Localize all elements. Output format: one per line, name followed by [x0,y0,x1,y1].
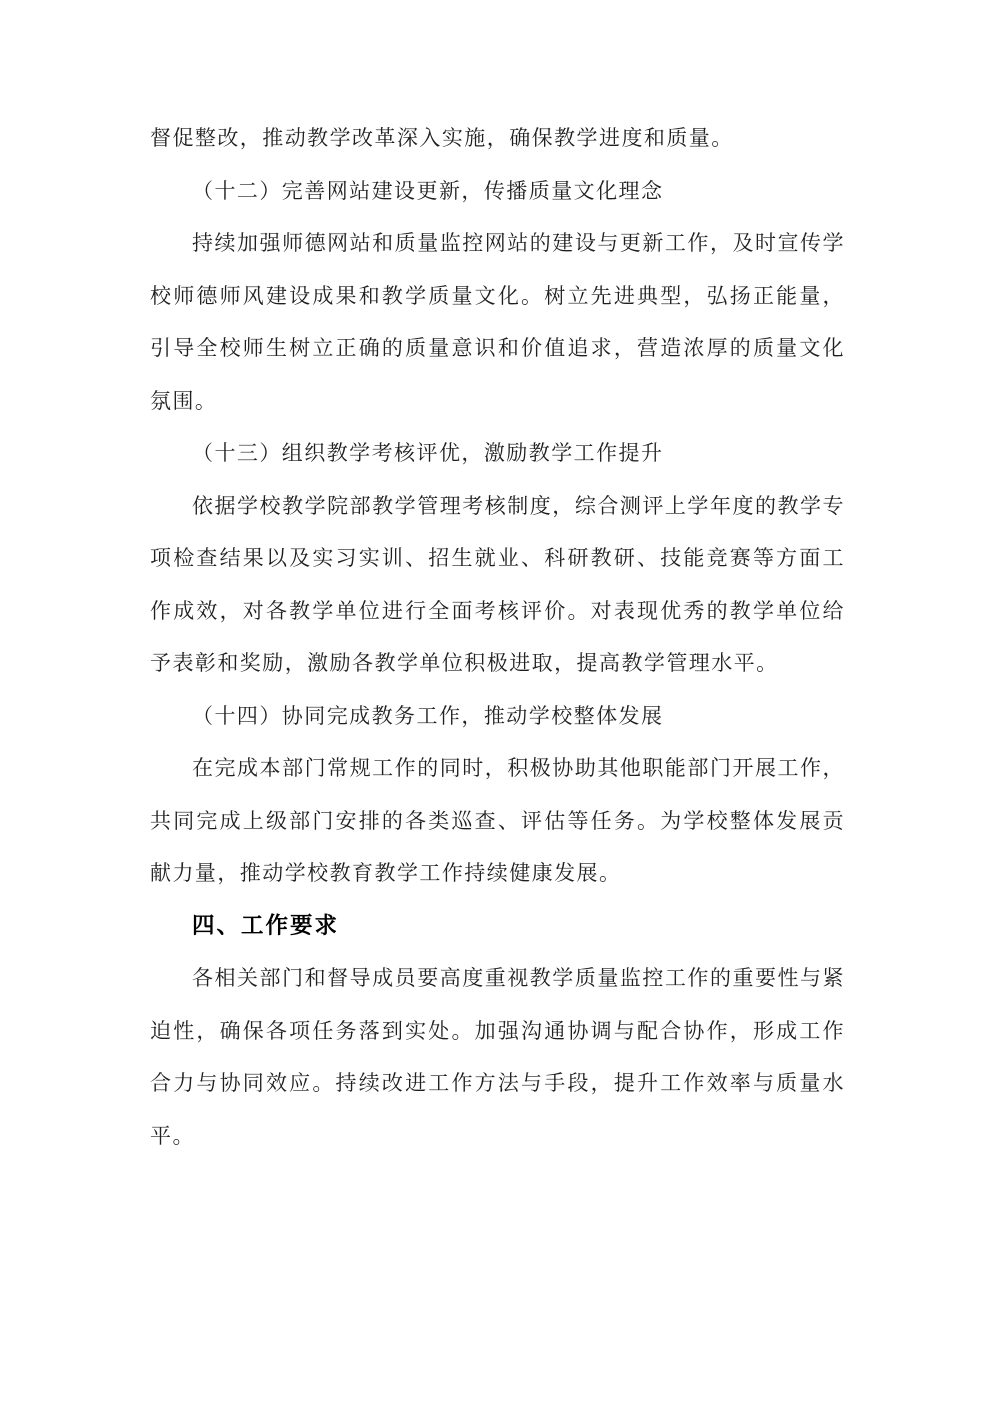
document-page: 督促整改，推动教学改革深入实施，确保教学进度和质量。（十二）完善网站建设更新，传… [0,0,992,1403]
paragraph: 持续加强师德网站和质量监控网站的建设与更新工作，及时宣传学校师德师风建设成果和教… [150,217,845,427]
section-heading: （十四）协同完成教务工作，推动学校整体发展 [150,690,845,743]
paragraph: 各相关部门和督导成员要高度重视教学质量监控工作的重要性与紧迫性，确保各项任务落到… [150,952,845,1162]
section-heading: （十三）组织教学考核评优，激励教学工作提升 [150,427,845,480]
paragraph: 督促整改，推动教学改革深入实施，确保教学进度和质量。 [150,112,845,165]
paragraph: 在完成本部门常规工作的同时，积极协助其他职能部门开展工作，共同完成上级部门安排的… [150,742,845,900]
paragraph: 依据学校教学院部教学管理考核制度，综合测评上学年度的教学专项检查结果以及实习实训… [150,480,845,690]
chapter-heading: 四、工作要求 [150,900,845,953]
document-body: 督促整改，推动教学改革深入实施，确保教学进度和质量。（十二）完善网站建设更新，传… [150,112,845,1162]
section-heading: （十二）完善网站建设更新，传播质量文化理念 [150,165,845,218]
